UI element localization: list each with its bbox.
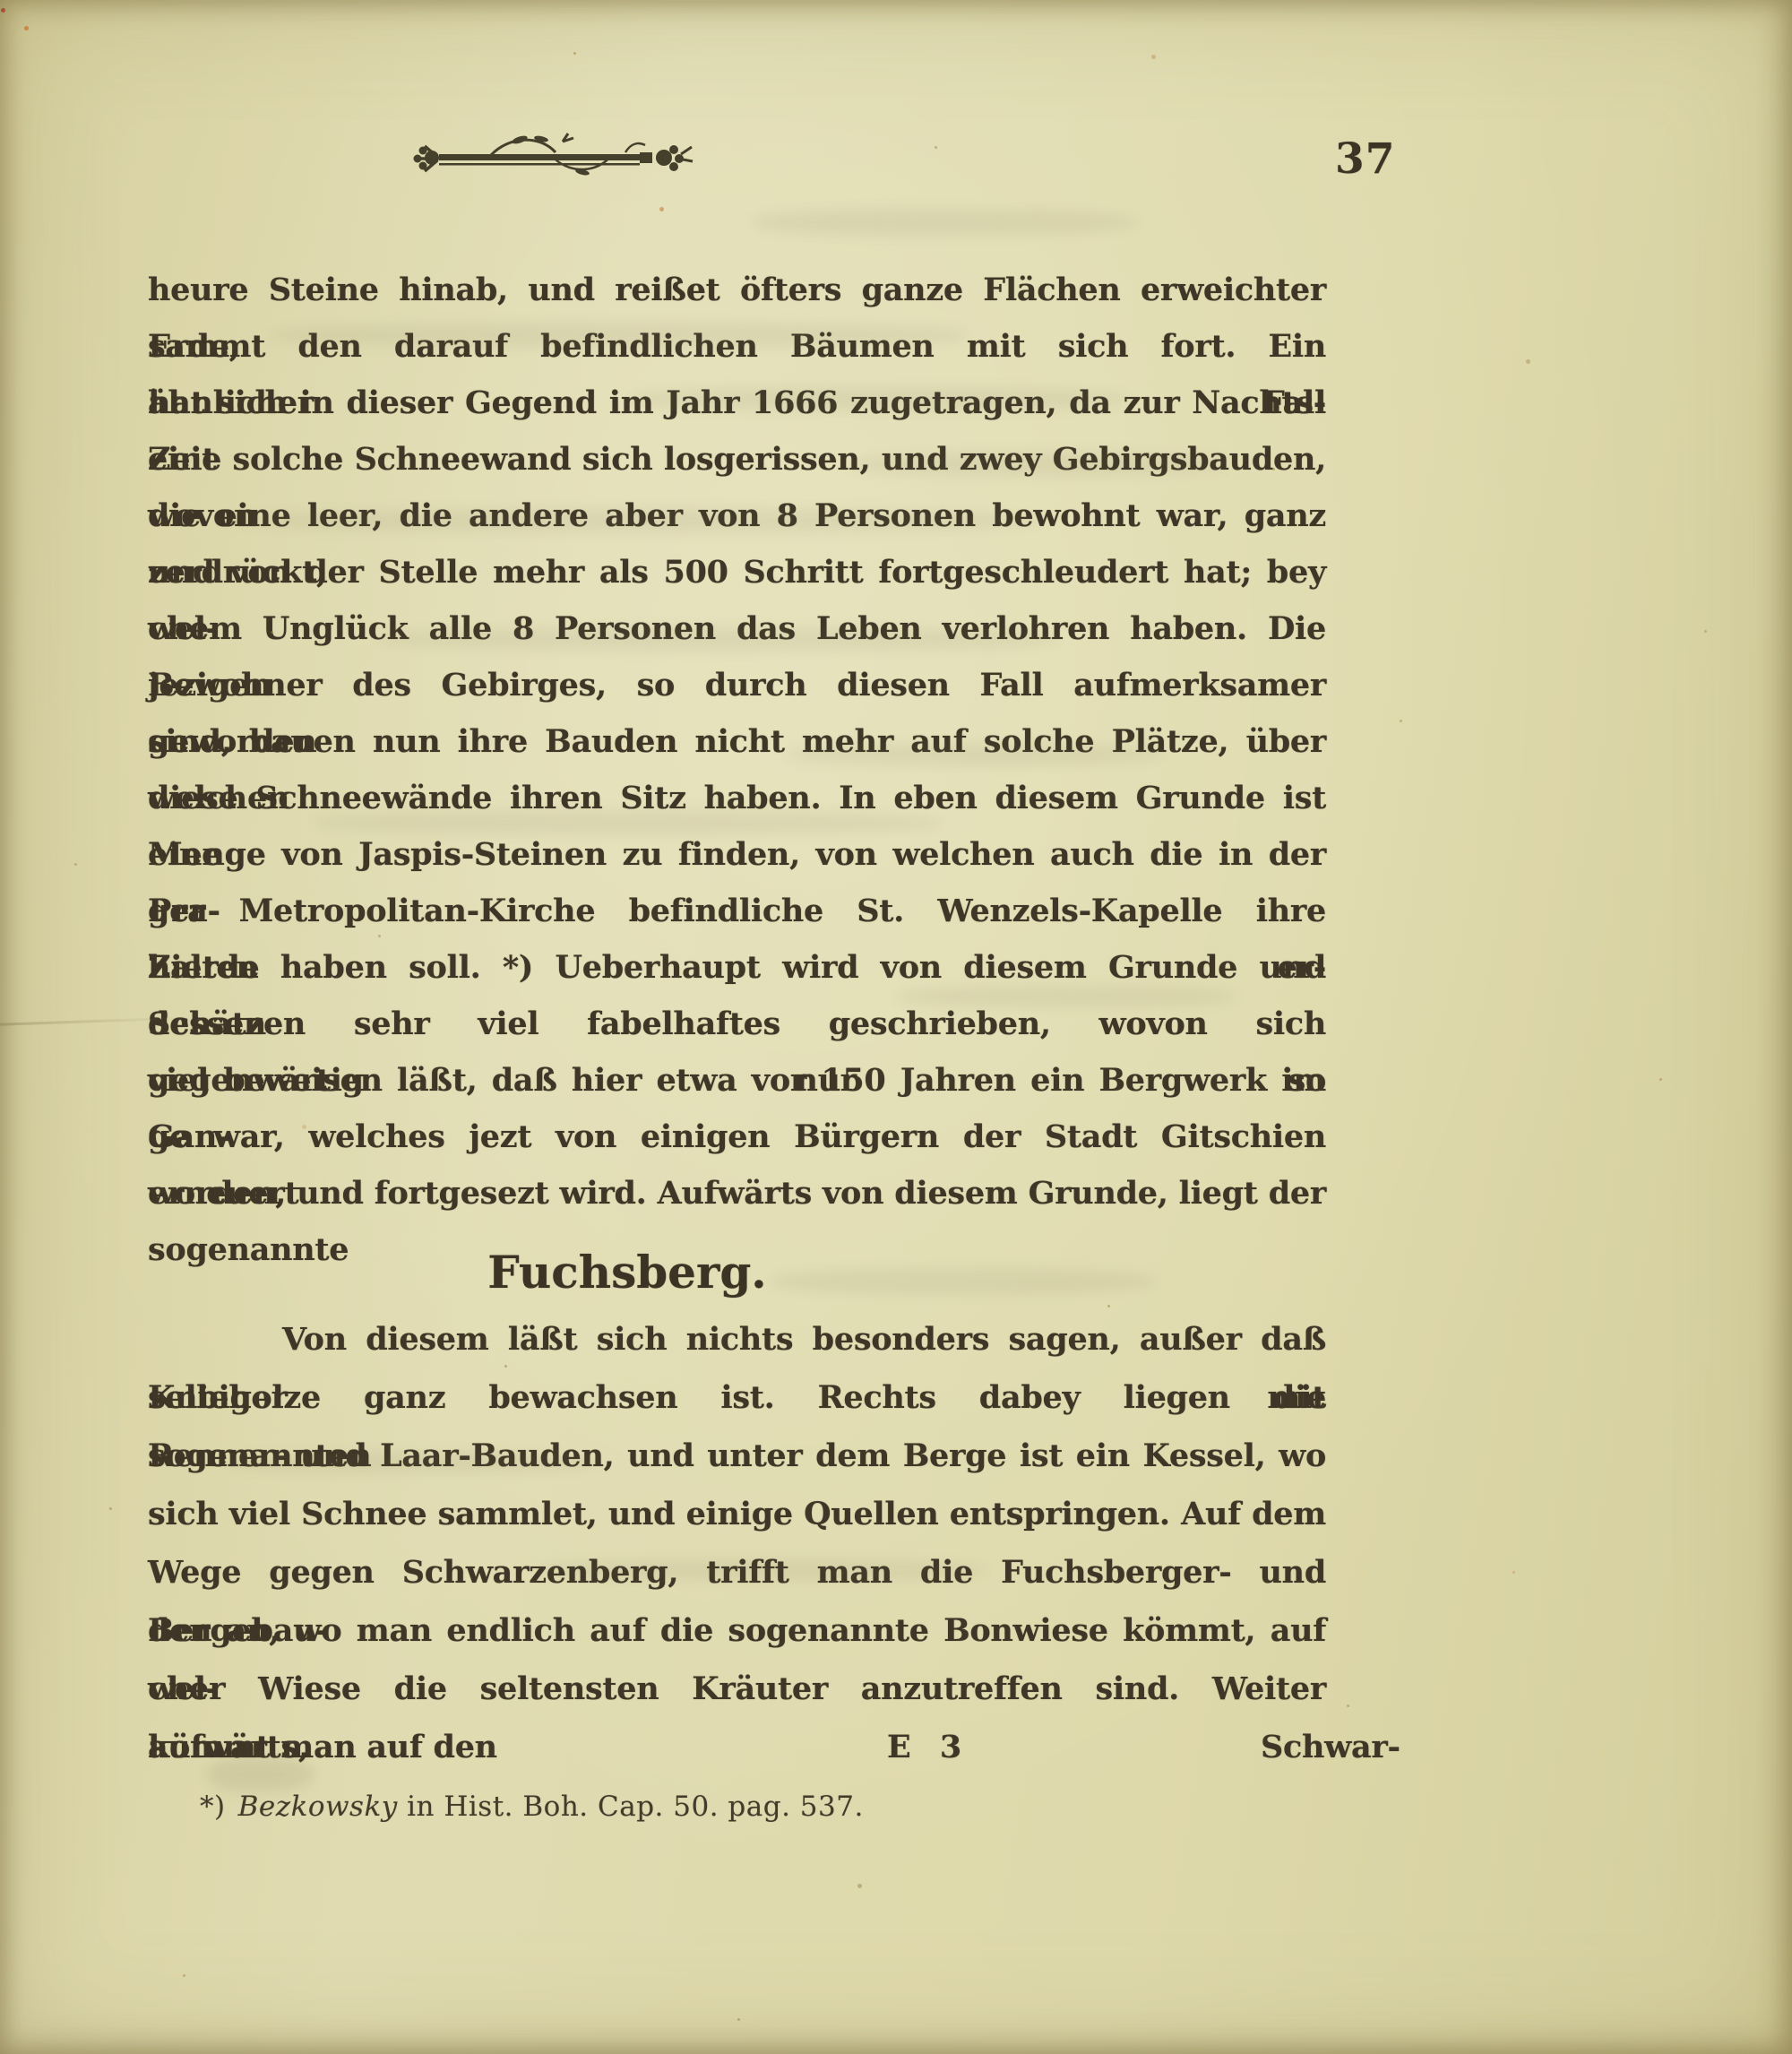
showthrough-smudge [206,1756,314,1792]
text-line: den an, wo man endlich auf die sogenannt… [148,1601,1326,1660]
last-line-text: kömmt man auf den [148,1729,497,1765]
text-line: heure Steine hinab, und reißet öfters ga… [148,262,1326,318]
headpiece-floral-rule-icon [405,133,694,183]
showthrough-smudge [376,627,1057,651]
text-line: sich viel Schnee sammlet, und einige Que… [148,1485,1326,1543]
text-line-last: kömmt man auf den E 3 Schwar- [148,1718,1326,1776]
showthrough-smudge [851,453,1228,476]
paragraph-avalanche-continuation: heure Steine hinab, und reißet öfters ga… [148,262,1326,1278]
text-line: Von diesem läßt sich nichts besonders sa… [148,1310,1326,1368]
page-number: 37 [1335,134,1395,184]
catchword: Schwar- [1261,1718,1400,1776]
text-line: ger Metropolitan-Kirche befindliche St. … [148,883,1326,939]
showthrough-smudge [314,811,941,834]
footnote-author: Bezkowsky [238,1791,398,1823]
footnote: *)Bezkowsky in Hist. Boh. Cap. 50. pag. … [200,1791,864,1823]
footnote-reference: in Hist. Boh. Cap. 50. pag. 537. [407,1791,864,1823]
text-line: worden, und fortgesezt wird. Aufwärts vo… [148,1165,1326,1221]
showthrough-smudge [896,986,1236,1007]
footnote-marker: *) [200,1791,226,1823]
text-line: Knieholze ganz bewachsen ist. Rechts dab… [148,1368,1326,1427]
text-line: sind, bauen nun ihre Bauden nicht mehr a… [148,713,1326,770]
showthrough-smudge [771,1268,1156,1295]
text-line: viel beweisen läßt, daß hier etwa vor 15… [148,1052,1326,1109]
text-line: Menge von Jaspis-Steinen zu finden, von … [148,826,1326,883]
showthrough-smudge [788,744,1165,765]
text-line: ge war, welches jezt von einigen Bürgern… [148,1109,1326,1165]
showthrough-smudge [538,1559,986,1581]
showthrough-smudge [269,323,968,348]
showthrough-smudge [627,387,1129,410]
showthrough-smudge [753,209,1138,236]
showthrough-smudge [233,509,1039,532]
paper-specks [0,0,3,3]
signature-mark: E 3 [887,1718,970,1776]
text-line: Bewohner des Gebirges, so durch diesen F… [148,657,1326,713]
text-line: cher Wiese die seltensten Kräuter anzutr… [148,1660,1326,1718]
book-page-scan: 37 heure Steine hinab, und reißet öfters… [0,0,1792,2054]
text-line: und von der Stelle mehr als 500 Schritt … [148,544,1326,600]
showthrough-smudge [224,1452,600,1473]
paragraph-fuchsberg: Von diesem läßt sich nichts besonders sa… [148,1310,1326,1776]
